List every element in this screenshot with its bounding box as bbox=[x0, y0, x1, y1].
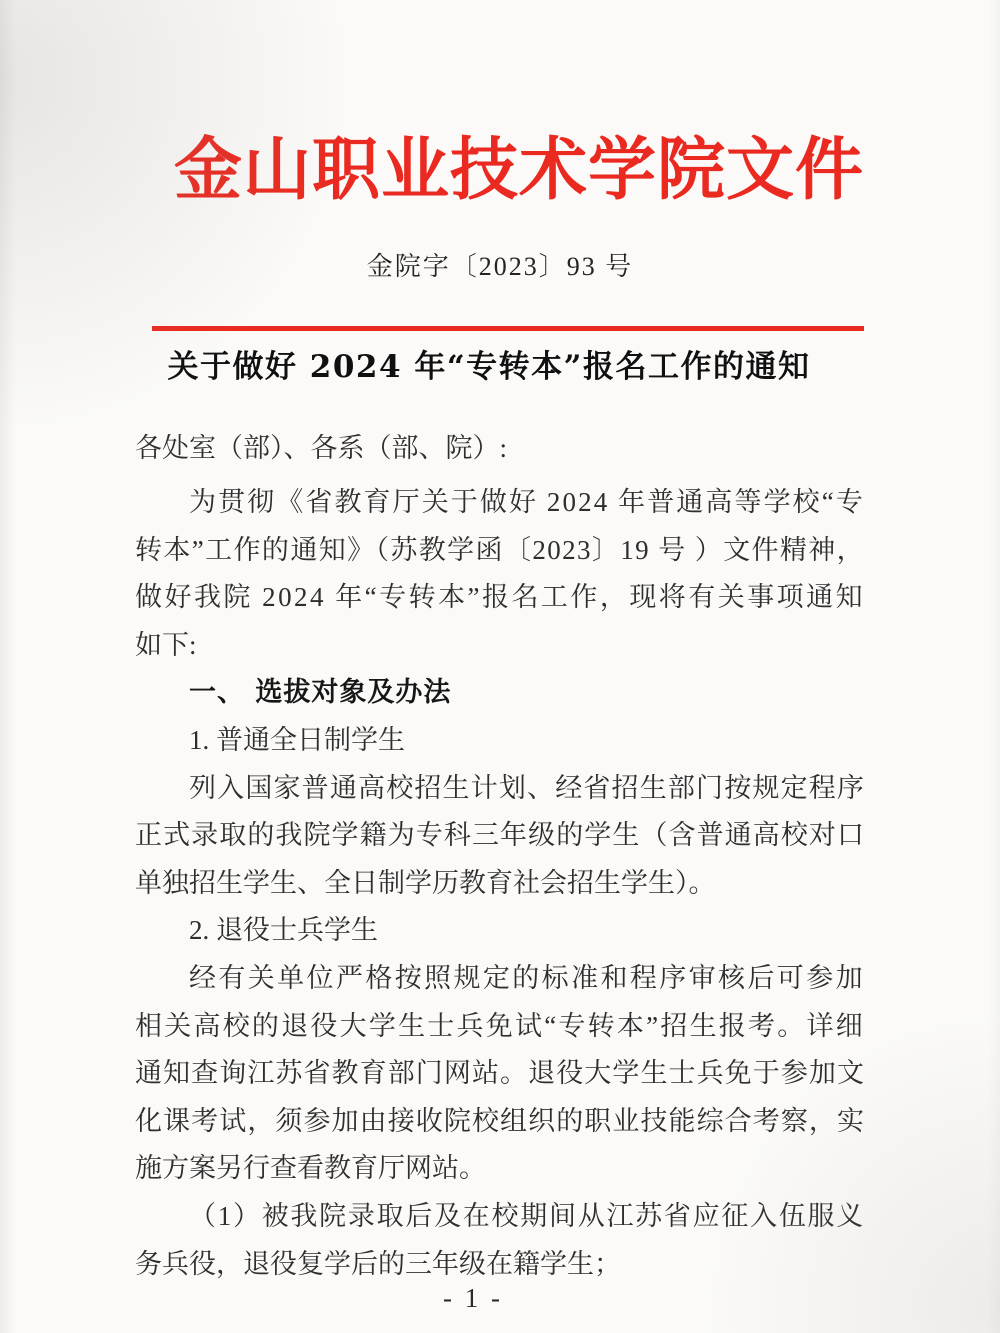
body-line: 通知查询江苏省教育部门网站。退役大学生士兵免于参加文 bbox=[135, 1050, 865, 1098]
body-line: 正式录取的我院学籍为专科三年级的学生（含普通高校对口 bbox=[135, 812, 865, 860]
document-body: 为贯彻《省教育厅关于做好 2024 年普通高等学校“专转本”工作的通知》（苏教学… bbox=[135, 479, 865, 1288]
red-divider-line bbox=[152, 326, 864, 331]
body-line: 为贯彻《省教育厅关于做好 2024 年普通高等学校“专 bbox=[135, 479, 865, 527]
letterhead-org-title: 金山职业技术学院文件 bbox=[0, 116, 1000, 213]
body-line: 施方案另行查看教育厅网站。 bbox=[135, 1145, 865, 1193]
body-line: （1）被我院录取后及在校期间从江苏省应征入伍服义 bbox=[135, 1193, 865, 1241]
body-line: 如下: bbox=[135, 622, 865, 670]
document-page: 金山职业技术学院文件 金院字〔2023〕93 号 关于做好 2024 年“专转本… bbox=[0, 0, 1000, 1333]
page-number: - 1 - bbox=[0, 1283, 1000, 1314]
body-line: 化课考试，须参加由接收院校组织的职业技能综合考察，实 bbox=[135, 1098, 865, 1146]
body-line: 列入国家普通高校招生计划、经省招生部门按规定程序 bbox=[135, 765, 865, 813]
body-line: 务兵役，退役复学后的三年级在籍学生； bbox=[135, 1241, 865, 1289]
document-number: 金院字〔2023〕93 号 bbox=[0, 246, 1000, 283]
body-line: 转本”工作的通知》（苏教学函〔2023〕19 号 ）文件精神， bbox=[135, 527, 865, 575]
body-line: 做好我院 2024 年“专转本”报名工作，现将有关事项通知 bbox=[135, 574, 865, 622]
section-heading: 一、 选拔对象及办法 bbox=[135, 669, 865, 717]
body-line: 2. 退役士兵学生 bbox=[135, 907, 865, 955]
body-line: 相关高校的退役大学生士兵免试“专转本”招生报考。详细 bbox=[135, 1003, 865, 1051]
document-title: 关于做好 2024 年“专转本”报名工作的通知 bbox=[0, 341, 1000, 386]
body-line: 经有关单位严格按照规定的标准和程序审核后可参加 bbox=[135, 955, 865, 1003]
body-line: 单独招生学生、全日制学历教育社会招生学生）。 bbox=[135, 860, 865, 908]
body-line: 1. 普通全日制学生 bbox=[135, 717, 865, 765]
salutation-line: 各处室（部）、各系（部、院）: bbox=[135, 425, 865, 473]
